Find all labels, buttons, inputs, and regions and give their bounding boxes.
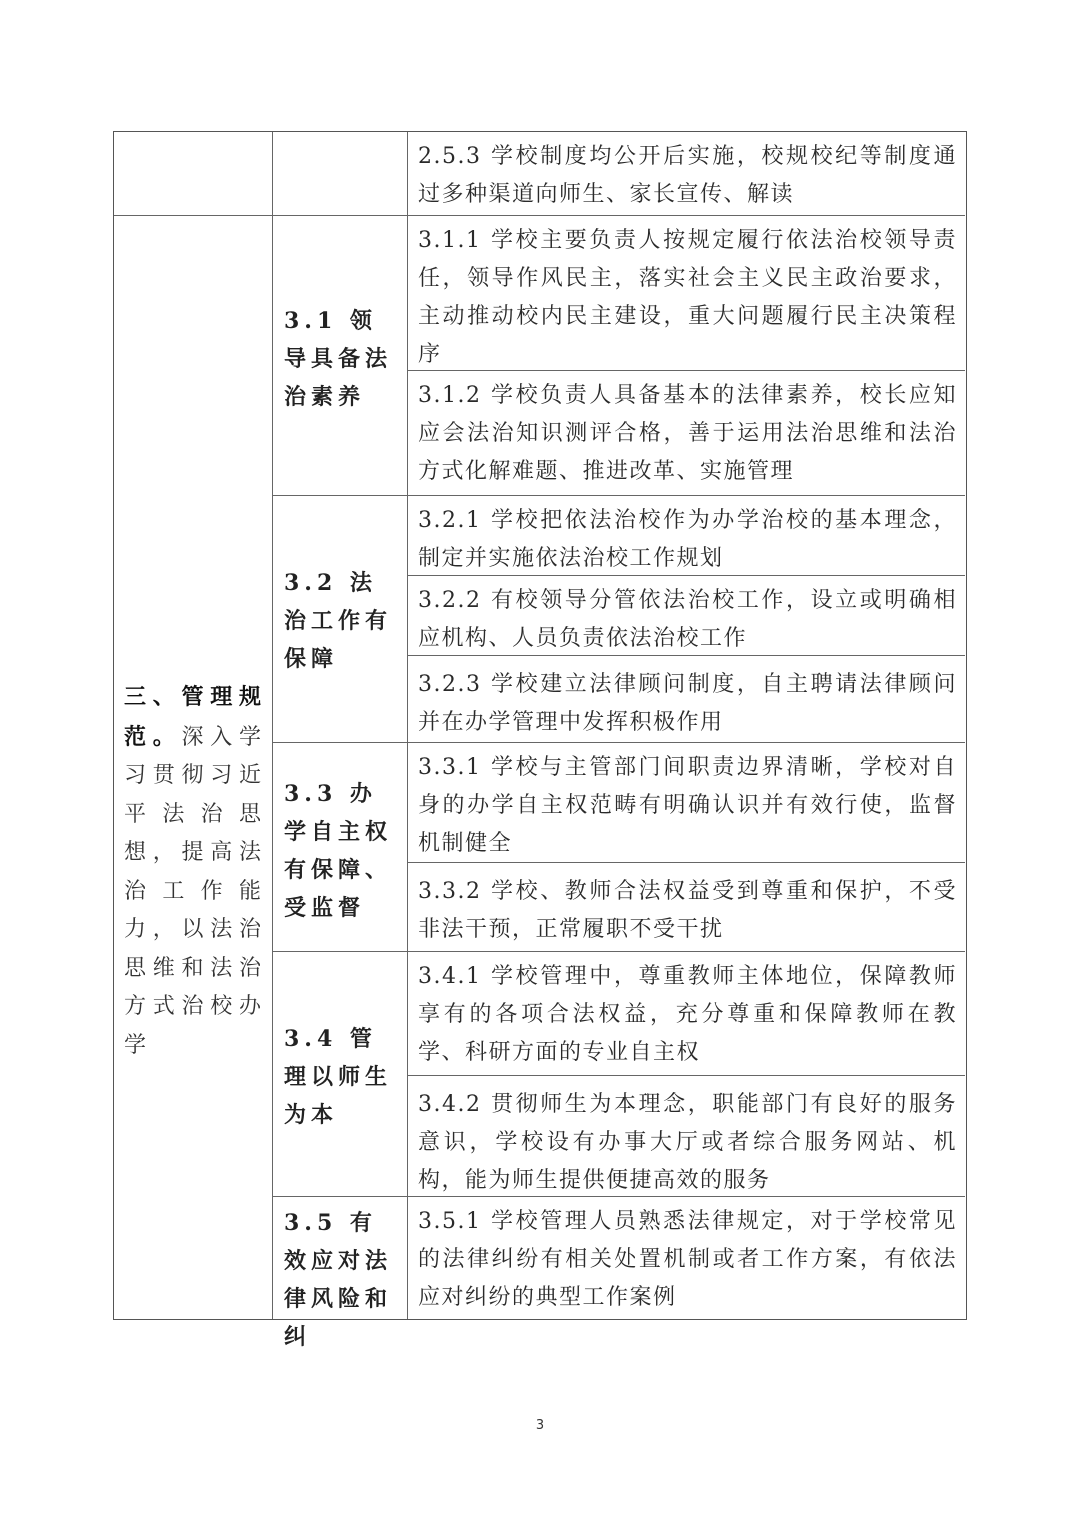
page-number: 3	[0, 1418, 1080, 1433]
subcategory-3-2: 3.2 法治工作有保障	[273, 564, 408, 678]
main-category-text: 深入学习贯彻习近平法治思想，提高法治工作能力，以法治思维和法治方式治校办学	[124, 725, 267, 1058]
subcategory-3-4: 3.4 管理以师生为本	[273, 1020, 408, 1134]
item-3-4-1: 3.4.1 学校管理中，尊重教师主体地位，保障教师享有的各项合法权益，充分尊重和…	[408, 952, 965, 1072]
item-3-1-2: 3.1.2 学校负责人具备基本的法律素养，校长应知应会法治知识测评合格，善于运用…	[408, 371, 965, 491]
main-category: 三、管理规范。深入学习贯彻习近平法治思想，提高法治工作能力，以法治思维和法治方式…	[114, 678, 273, 1078]
subcategory-3-3: 3.3 办学自主权有保障、受监督	[273, 775, 408, 927]
item-3-2-2: 3.2.2 有校领导分管依法治校工作，设立或明确相应机构、人员负责依法治校工作	[408, 576, 965, 658]
evaluation-criteria-table: 2.5.3 学校制度均公开后实施，校规校纪等制度通过多种渠道向师生、家长宣传、解…	[113, 131, 967, 1320]
subcategory-3-5: 3.5 有效应对法律风险和纠	[273, 1204, 408, 1356]
item-3-2-1: 3.2.1 学校把依法治校作为办学治校的基本理念，制定并实施依法治校工作规划	[408, 496, 965, 578]
carryover-sub-cell	[273, 132, 408, 216]
item-3-4-2: 3.4.2 贯彻师生为本理念，职能部门有良好的服务意识，学校设有办事大厅或者综合…	[408, 1080, 965, 1200]
item-3-3-2: 3.3.2 学校、教师合法权益受到尊重和保护，不受非法干预，正常履职不受干扰	[408, 867, 965, 949]
subcategory-3-1: 3.1 领导具备法治素养	[273, 302, 408, 416]
item-3-3-1: 3.3.1 学校与主管部门间职责边界清晰，学校对自身的办学自主权范畴有明确认识并…	[408, 743, 965, 863]
item-3-2-3: 3.2.3 学校建立法律顾问制度，自主聘请法律顾问并在办学管理中发挥积极作用	[408, 660, 965, 742]
carryover-main-cell	[114, 132, 273, 216]
item-3-5-1: 3.5.1 学校管理人员熟悉法律规定，对于学校常见的法律纠纷有相关处置机制或者工…	[408, 1197, 965, 1317]
item-3-1-1: 3.1.1 学校主要负责人按规定履行依法治校领导责任，领导作风民主，落实社会主义…	[408, 216, 965, 374]
item-2-5-3: 2.5.3 学校制度均公开后实施，校规校纪等制度通过多种渠道向师生、家长宣传、解…	[408, 132, 965, 216]
